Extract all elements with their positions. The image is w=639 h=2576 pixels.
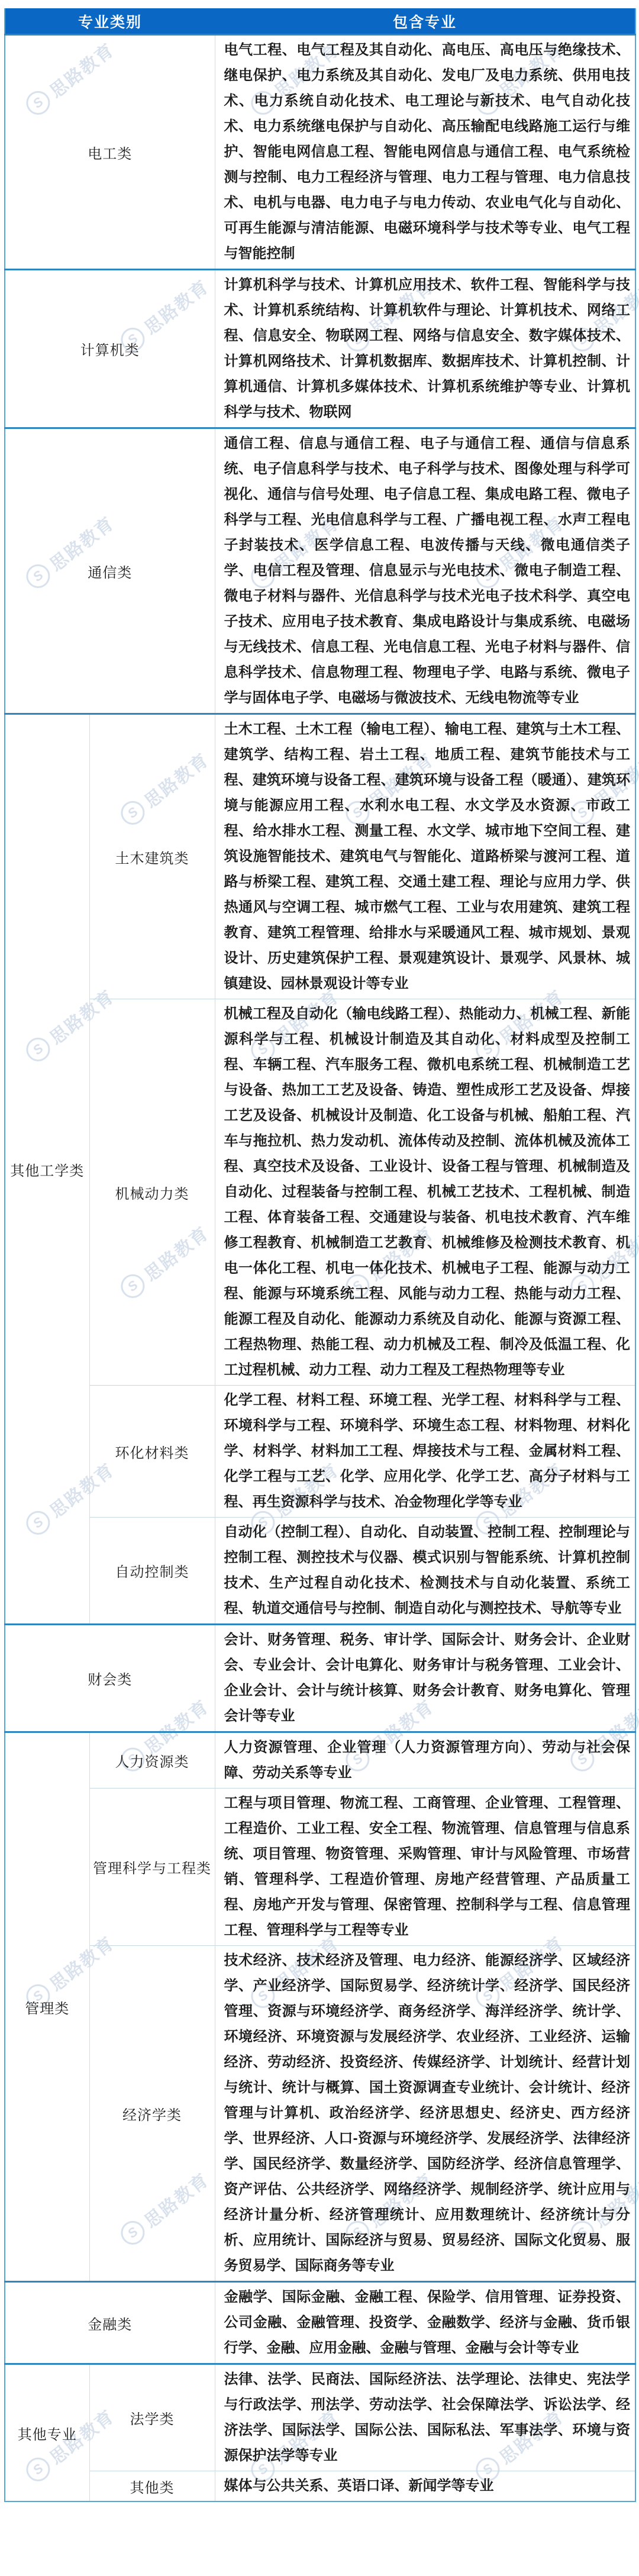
table-row-accounting: 财会类 会计、财务管理、税务、审计学、国际会计、财务会计、企业财会、专业会计、会… [5,1625,635,1732]
majors-cell: 法律、法学、民商法、国际经济法、法学理论、法律史、宪法学与行政法学、刑法学、劳动… [215,2364,635,2471]
table-row-autocontrol: 自动控制类 自动化（控制工程）、自动化、自动装置、控制工程、控制理论与控制工程、… [5,1518,635,1625]
table-row-civil: 其他工学类 土木建筑类 土木工程、土木工程（输电工程）、输电工程、建筑与土木工程… [5,714,635,999]
majors-cell: 化学工程、材料工程、环境工程、光学工程、材料科学与工程、环境科学与工程、环境科学… [215,1386,635,1518]
header-row: 专业类别 包含专业 [5,8,635,35]
table-row-materials: 环化材料类 化学工程、材料工程、环境工程、光学工程、材料科学与工程、环境科学与工… [5,1386,635,1518]
subcategory-cell: 土木建筑类 [89,714,215,999]
category-cell: 电工类 [5,35,215,270]
major-category-table: 专业类别 包含专业 电工类 电气工程、电气工程及其自动化、高电压、高电压与绝缘技… [4,8,636,2502]
category-cell: 财会类 [5,1625,215,1732]
subcategory-cell: 法学类 [89,2364,215,2471]
table-row-mechanical: 机械动力类 机械工程及自动化（输电线路工程）、热能动力、机械工程、新能源科学与工… [5,999,635,1386]
majors-cell: 金融学、国际金融、金融工程、保险学、信用管理、证券投资、公司金融、金融管理、投资… [215,2282,635,2364]
majors-cell: 技术经济、技术经济及管理、电力经济、能源经济学、区域经济学、产业经济学、国际贸易… [215,1946,635,2282]
header-cell-category: 专业类别 [5,8,215,35]
table-row-communication: 通信类 通信工程、信息与通信工程、电子与通信工程、通信与信息系统、电子信息科学与… [5,428,635,714]
table-row-economics: 经济学类 技术经济、技术经济及管理、电力经济、能源经济学、区域经济学、产业经济学… [5,1946,635,2282]
table-row-finance: 金融类 金融学、国际金融、金融工程、保险学、信用管理、证券投资、公司金融、金融管… [5,2282,635,2364]
subcategory-cell: 机械动力类 [89,999,215,1386]
category-cell: 通信类 [5,428,215,714]
majors-cell: 人力资源管理、企业管理（人力资源管理方向）、劳动与社会保障、劳动关系等专业 [215,1732,635,1789]
subcategory-cell: 经济学类 [89,1946,215,2282]
subcategory-cell: 自动控制类 [89,1518,215,1625]
table-row-computer: 计算机类 计算机科学与技术、计算机应用技术、软件工程、智能科学与技术、计算机系统… [5,270,635,428]
header-cell-majors: 包含专业 [215,8,635,35]
group-category-cell: 其他工学类 [5,714,89,1625]
subcategory-cell: 其他类 [89,2471,215,2502]
majors-cell: 计算机科学与技术、计算机应用技术、软件工程、智能科学与技术、计算机系统结构、计算… [215,270,635,428]
category-cell: 金融类 [5,2282,215,2364]
majors-cell: 通信工程、信息与通信工程、电子与通信工程、通信与信息系统、电子信息科学与技术、电… [215,428,635,714]
subcategory-cell: 环化材料类 [89,1386,215,1518]
majors-cell: 土木工程、土木工程（输电工程）、输电工程、建筑与土木工程、建筑学、结构工程、岩土… [215,714,635,999]
majors-cell: 工程与项目管理、物流工程、工商管理、企业管理、工程管理、工程造价、工业工程、安全… [215,1789,635,1946]
subcategory-cell: 人力资源类 [89,1732,215,1789]
table-row-other: 其他类 媒体与公共关系、英语口译、新闻学等专业 [5,2471,635,2502]
majors-cell: 自动化（控制工程）、自动化、自动装置、控制工程、控制理论与控制工程、测控技术与仪… [215,1518,635,1625]
major-category-table-page: S思路教育S思路教育S思路教育S思路教育S思路教育S思路教育S思路教育S思路教育… [0,0,639,2576]
majors-cell: 会计、财务管理、税务、审计学、国际会计、财务会计、企业财会、专业会计、会计电算化… [215,1625,635,1732]
table-row-electrical: 电工类 电气工程、电气工程及其自动化、高电压、高电压与绝缘技术、继电保护、电力系… [5,35,635,270]
group-category-cell: 其他专业 [5,2364,89,2502]
group-category-cell: 管理类 [5,1732,89,2282]
majors-cell: 机械工程及自动化（输电线路工程）、热能动力、机械工程、新能源科学与工程、机械设计… [215,999,635,1386]
table-row-law: 其他专业 法学类 法律、法学、民商法、国际经济法、法学理论、法律史、宪法学与行政… [5,2364,635,2471]
subcategory-cell: 管理科学与工程类 [89,1789,215,1946]
majors-cell: 电气工程、电气工程及其自动化、高电压、高电压与绝缘技术、继电保护、电力系统及其自… [215,35,635,270]
majors-cell: 媒体与公共关系、英语口译、新闻学等专业 [215,2471,635,2502]
table-row-hr: 管理类 人力资源类 人力资源管理、企业管理（人力资源管理方向）、劳动与社会保障、… [5,1732,635,1789]
category-cell: 计算机类 [5,270,215,428]
table-row-mgmt-science: 管理科学与工程类 工程与项目管理、物流工程、工商管理、企业管理、工程管理、工程造… [5,1789,635,1946]
